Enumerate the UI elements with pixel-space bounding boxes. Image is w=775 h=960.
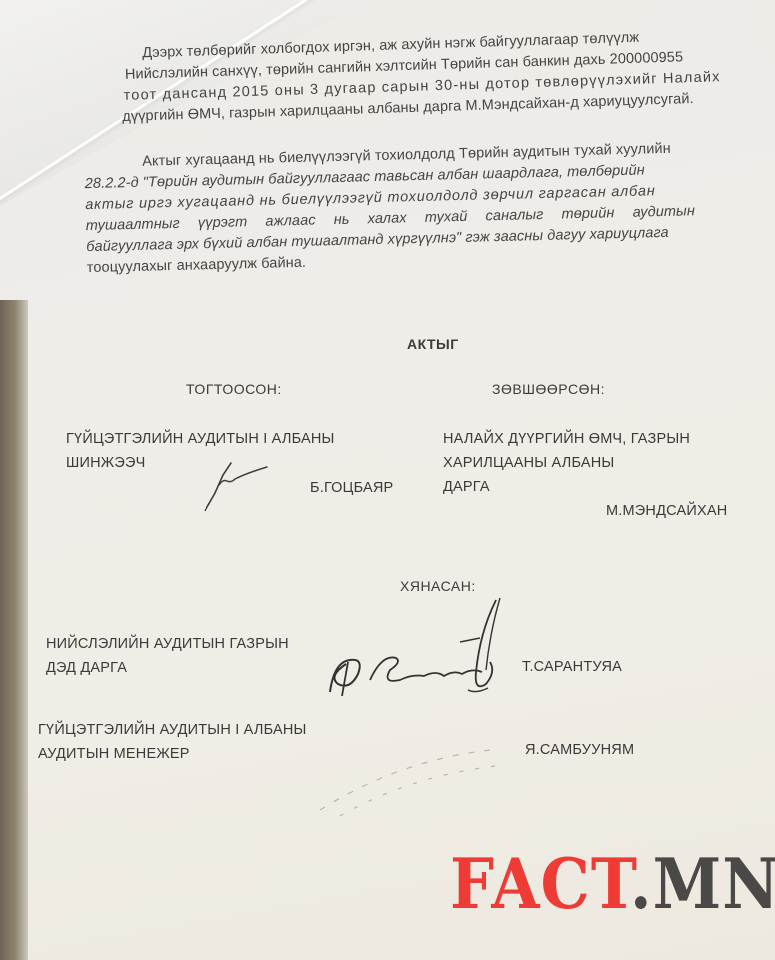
paragraph-payment-instruction: Дээрх төлбөрийг холбогдох иргэн, аж ахуй…: [120, 25, 722, 128]
title-line: ГҮЙЦЭТГЭЛИЙН АУДИТЫН I АЛБАНЫ: [38, 718, 307, 742]
title-line: ДАРГА: [443, 475, 690, 499]
title-line: ДЭД ДАРГА: [46, 656, 289, 680]
signatory-2-title: НАЛАЙХ ДҮҮРГИЙН ӨМЧ, ГАЗРЫН ХАРИЛЦААНЫ А…: [443, 427, 690, 499]
approved-label: ЗӨВШӨӨРСӨН:: [492, 381, 605, 397]
act-heading: АКТЫГ: [407, 336, 459, 352]
established-label: ТОГТООСОН:: [186, 381, 282, 397]
signatory-3-name: Т.САРАНТУЯА: [522, 655, 622, 679]
faint-stamp-trace: [300, 740, 500, 825]
signatory-4-name: Я.САМБУУНЯМ: [525, 738, 634, 762]
signatory-4-title: ГҮЙЦЭТГЭЛИЙН АУДИТЫН I АЛБАНЫ АУДИТЫН МЕ…: [38, 718, 307, 766]
signatory-1-name: Б.ГОЦБАЯР: [310, 476, 393, 500]
watermark-mn: .MN: [630, 843, 775, 925]
page-edge-shadow: [0, 300, 28, 960]
title-line: НАЛАЙХ ДҮҮРГИЙН ӨМЧ, ГАЗРЫН: [443, 427, 690, 451]
title-line: АУДИТЫН МЕНЕЖЕР: [38, 742, 307, 766]
signature-1: [195, 445, 275, 525]
signatory-3-title: НИЙСЛЭЛИЙН АУДИТЫН ГАЗРЫН ДЭД ДАРГА: [46, 632, 289, 680]
signature-2: [320, 592, 520, 702]
title-line: ХАРИЛЦААНЫ АЛБАНЫ: [443, 451, 690, 475]
watermark-fact: FACT: [450, 843, 630, 925]
document-photo: Дээрх төлбөрийг холбогдох иргэн, аж ахуй…: [0, 0, 775, 960]
signatory-2-name: М.МЭНДСАЙХАН: [606, 499, 727, 523]
watermark-logo: FACT.MN: [450, 850, 775, 919]
paragraph-liability-warning: Актыг хугацаанд нь биелүүлээгүй тохиолдо…: [130, 138, 696, 278]
title-line: НИЙСЛЭЛИЙН АУДИТЫН ГАЗРЫН: [46, 632, 289, 656]
